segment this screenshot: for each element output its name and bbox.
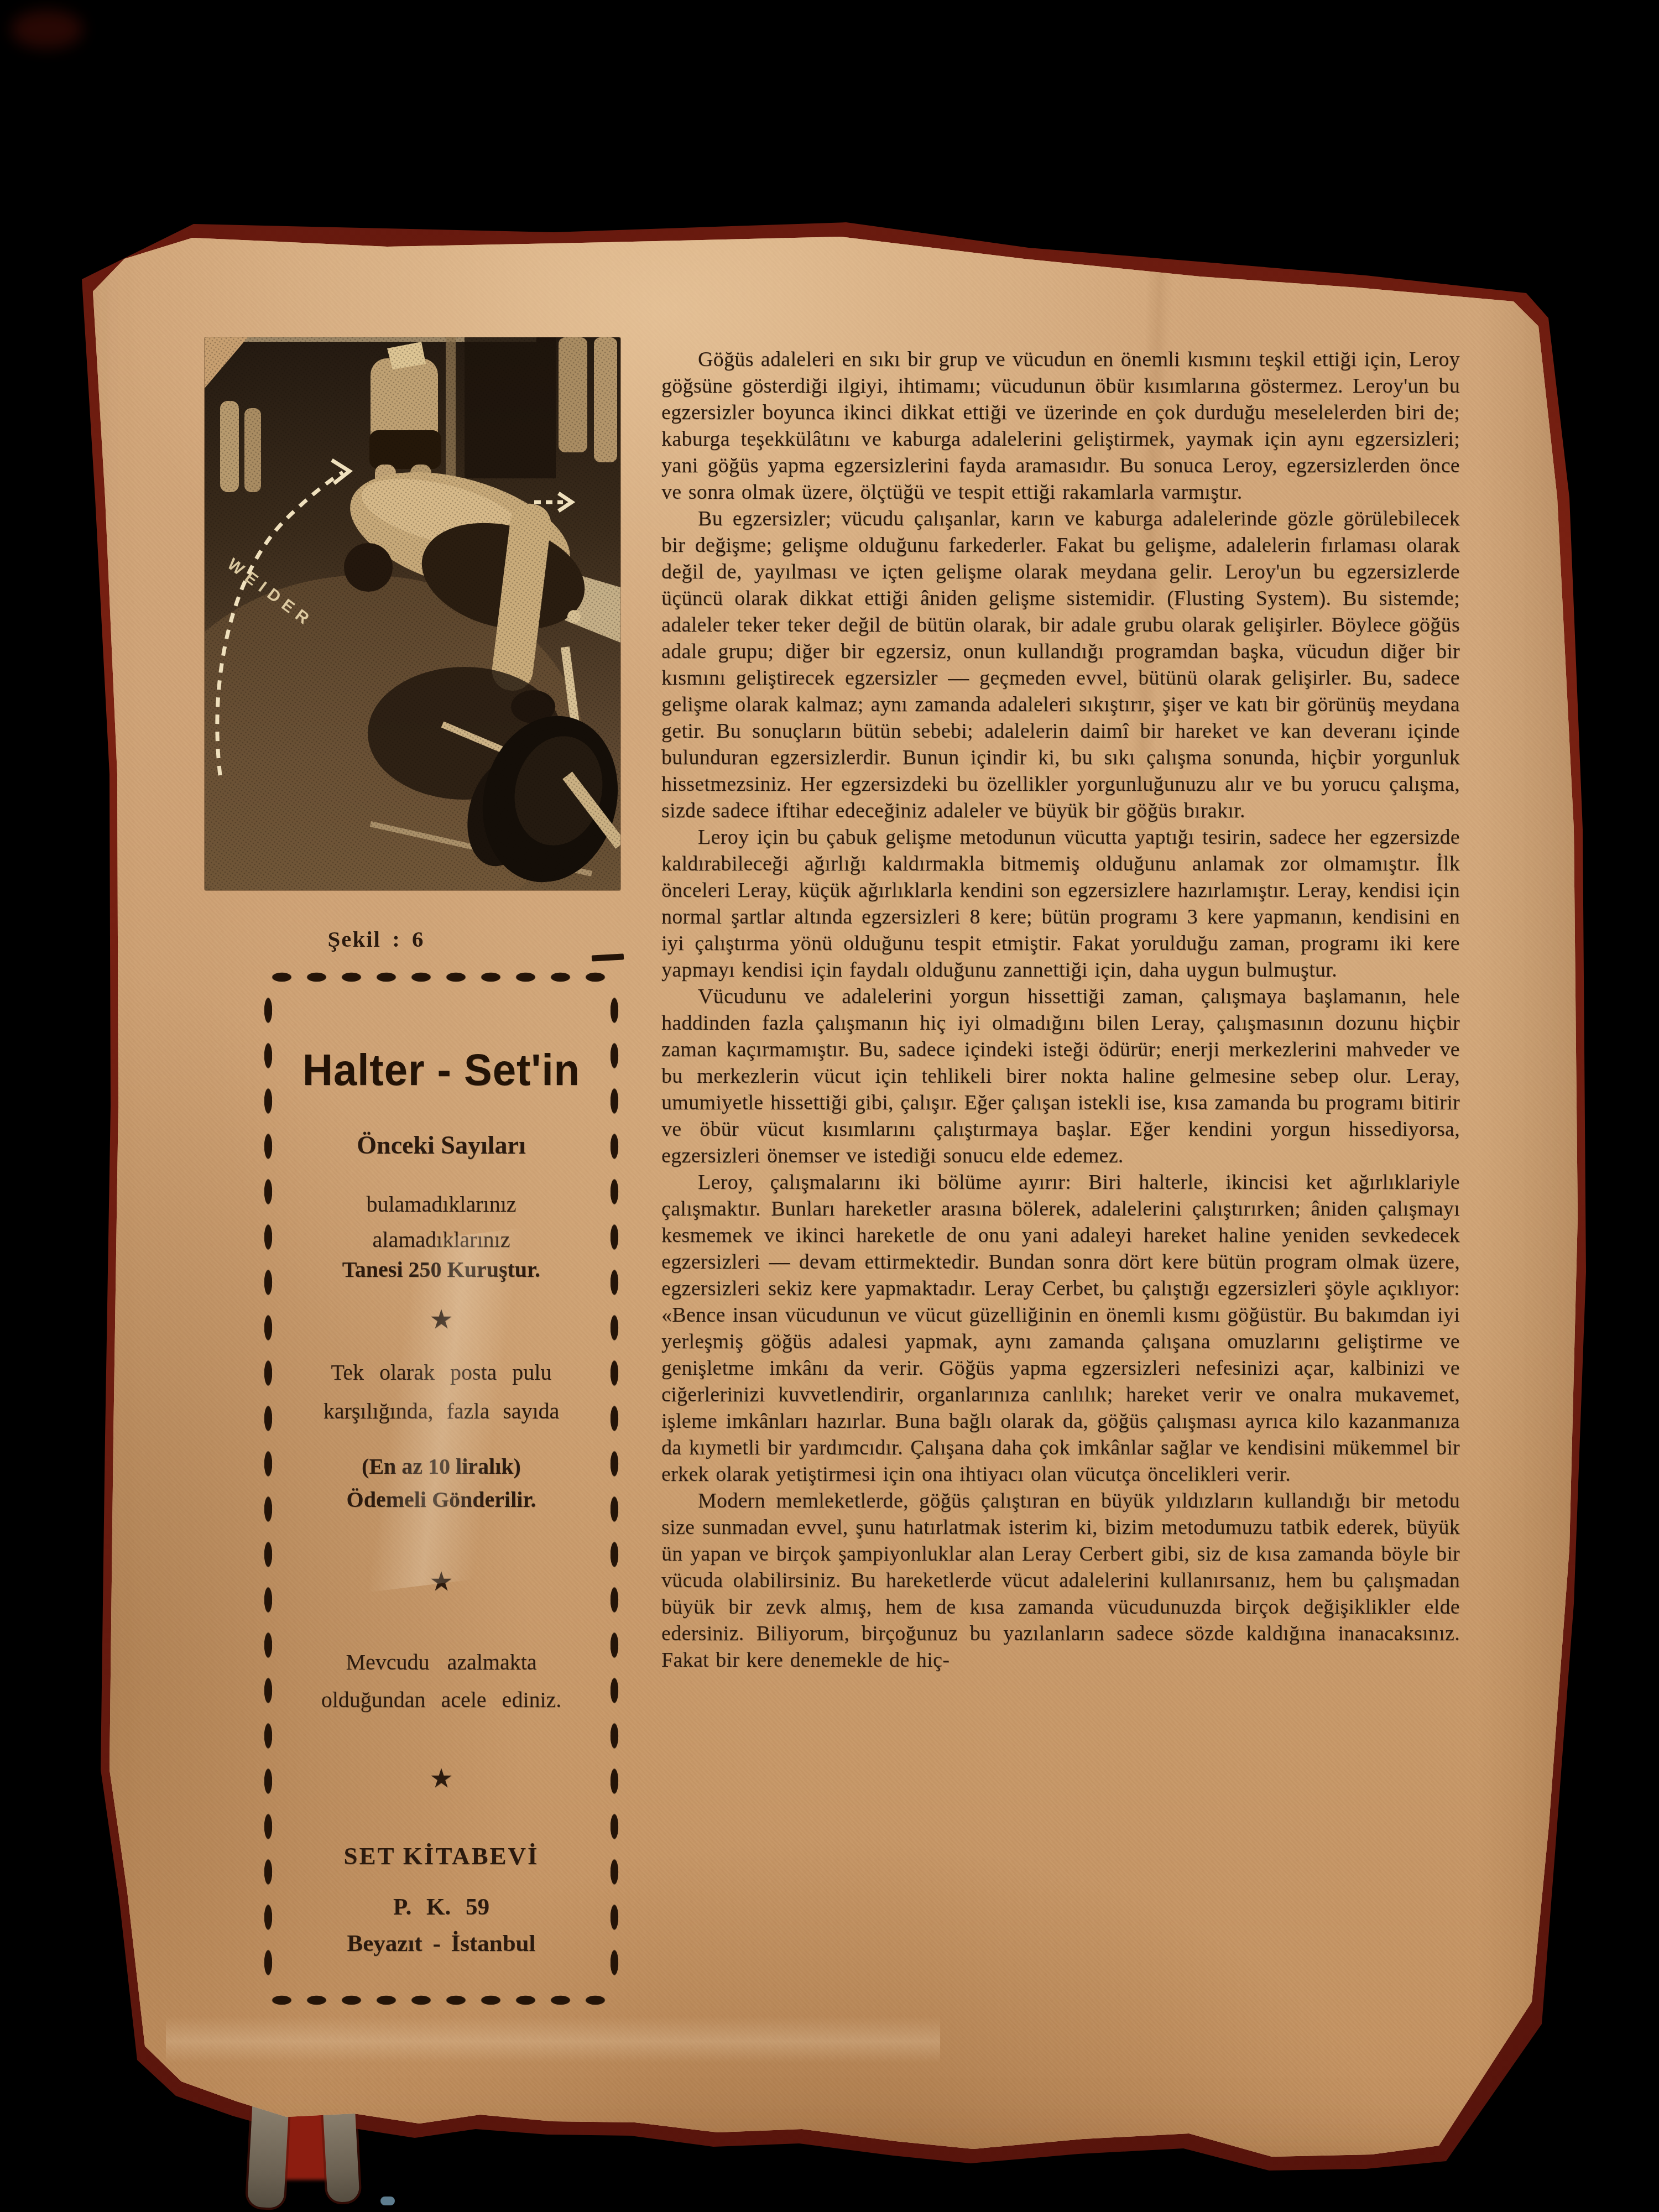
ad-line: (En az 10 liralık) — [275, 1453, 607, 1479]
ad-box-border-left — [261, 988, 275, 1990]
halftone-overlay — [205, 337, 620, 890]
article-paragraph: Vücudunu ve adalelerini yorgun hissettiğ… — [661, 983, 1460, 1169]
ad-line: karşılığında, fazla sayıda — [275, 1398, 607, 1424]
ad-box-border-right — [607, 988, 622, 1990]
exercise-photo-art — [205, 337, 620, 890]
article-paragraph: Leroy için bu çabuk gelişme metodunun vü… — [661, 824, 1460, 983]
ad-line: Mevcudu azalmakta — [275, 1649, 607, 1675]
ad-line: Tanesi 250 Kuruştur. — [275, 1256, 607, 1282]
article-paragraph: Göğüs adaleleri en sıkı bir grup ve vücu… — [661, 346, 1460, 505]
ad-box-border-top — [264, 969, 618, 985]
caption-rule — [592, 953, 624, 961]
publisher-name: SET KİTABEVİ — [275, 1841, 607, 1870]
ad-subtitle: Önceki Sayıları — [275, 1130, 607, 1160]
debris-speck — [380, 2197, 395, 2205]
article-paragraph: Leroy, çalışmalarını iki bölüme ayırır: … — [661, 1169, 1460, 1488]
paper-crease — [166, 2002, 940, 2074]
ad-line: alamadıklarınız — [275, 1227, 607, 1253]
ad-title: Halter - Set'in — [275, 1045, 607, 1095]
article-column: Göğüs adaleleri en sıkı bir grup ve vücu… — [661, 346, 1460, 1673]
paper-tassel — [322, 2101, 359, 2203]
corner-smudge — [11, 10, 83, 49]
po-box: P. K. 59 — [275, 1893, 607, 1921]
publisher-city: Beyazıt - İstanbul — [275, 1930, 607, 1957]
ad-line: Tek olarak posta pulu — [275, 1359, 607, 1385]
ad-box: Halter - Set'in Önceki Sayıları bulamadı… — [261, 969, 622, 2008]
ad-line: Ödemeli Gönderilir. — [275, 1486, 607, 1512]
ad-line: bulamadıklarınız — [275, 1191, 607, 1217]
article-paragraph: Modern memleketlerde, göğüs çalıştıran e… — [661, 1488, 1460, 1673]
figure-caption: Şekil : 6 — [260, 926, 492, 952]
star-icon: ★ — [275, 1566, 607, 1597]
ad-box-border-bottom — [264, 1992, 618, 2008]
star-icon: ★ — [275, 1763, 607, 1794]
magazine-page: WEIDER Şekil : 6 Halter - Set'in Önceki … — [0, 0, 1659, 2212]
scan-background: WEIDER Şekil : 6 Halter - Set'in Önceki … — [0, 0, 1659, 2212]
star-icon: ★ — [275, 1304, 607, 1335]
ad-line: olduğundan acele ediniz. — [275, 1687, 607, 1713]
exercise-photo: WEIDER — [205, 337, 620, 890]
article-paragraph: Bu egzersizler; vücudu çalışanlar, karın… — [661, 505, 1460, 824]
